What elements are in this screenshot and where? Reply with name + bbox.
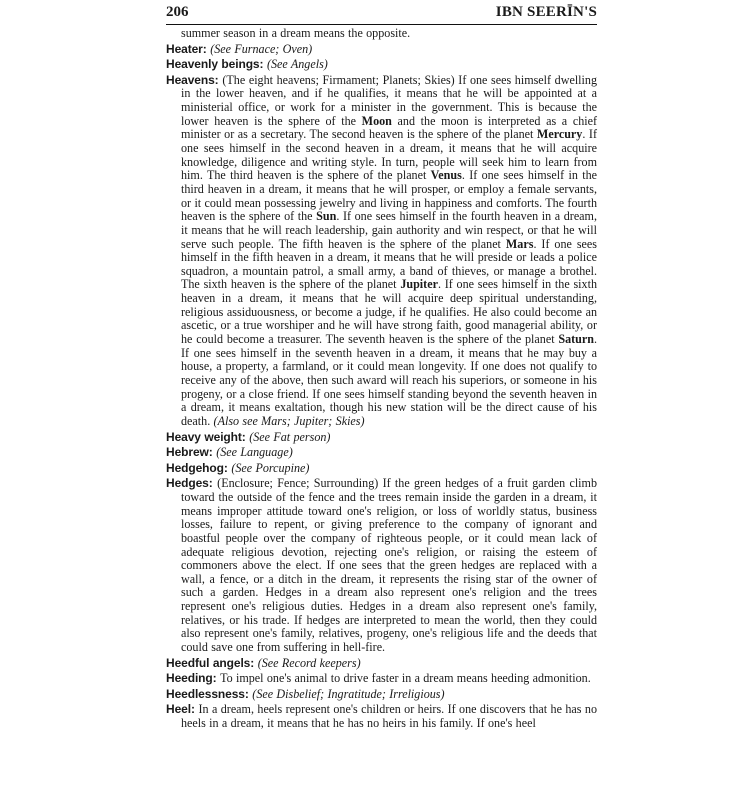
cross-reference: (See Disbelief; Ingratitude; Irreligious… [252,687,444,701]
headword: Heel [166,702,191,716]
cross-reference: (See Language) [216,445,293,459]
headword: Heeding [166,671,213,685]
entry-heedful-angels: Heedful angels: (See Record keepers) [166,657,597,671]
cross-reference: (See Porcupine) [231,461,309,475]
definition-text: To impel one's animal to drive faster in… [220,671,591,685]
definition-text: In a dream, heels represent one's childr… [181,702,597,730]
entry-hedges: Hedges: (Enclosure; Fence; Surrounding) … [166,477,597,655]
emphasis-venus: Venus [431,168,462,182]
book-page: 206 IBN SEERĪN'S summer season in a drea… [166,0,597,24]
headword: Heavenly beings [166,57,260,71]
emphasis-moon: Moon [362,114,392,128]
headword: Hedgehog [166,461,224,475]
cross-reference: (See Record keepers) [258,656,361,670]
dictionary-entries: summer season in a dream means the oppos… [166,27,597,733]
headword: Heedlessness [166,687,245,701]
emphasis-mercury: Mercury [537,127,582,141]
emphasis-mars: Mars [506,237,534,251]
entry-continuation: summer season in a dream means the oppos… [166,27,597,41]
cross-reference: (Also see Mars; Jupiter; Skies) [214,414,365,428]
running-head: 206 IBN SEERĪN'S [166,0,597,24]
entry-heedlessness: Heedlessness: (See Disbelief; Ingratitud… [166,688,597,702]
cross-reference: (See Fat person) [249,430,330,444]
headword: Heavy weight [166,430,242,444]
headword: Hedges [166,476,209,490]
emphasis-jupiter: Jupiter [400,277,438,291]
header-rule [166,24,597,25]
entry-hedgehog: Hedgehog: (See Porcupine) [166,462,597,476]
entry-hebrew: Hebrew: (See Language) [166,446,597,460]
entry-heavy-weight: Heavy weight: (See Fat person) [166,431,597,445]
emphasis-saturn: Saturn [558,332,594,346]
headword: Heavens [166,73,215,87]
entry-heel: Heel: In a dream, heels represent one's … [166,703,597,730]
cross-reference: (See Angels) [267,57,328,71]
continuation-text: summer season in a dream means the oppos… [181,26,410,40]
headword: Hebrew [166,445,209,459]
entry-heeding: Heeding: To impel one's animal to drive … [166,672,597,686]
running-title: IBN SEERĪN'S [496,4,597,21]
cross-reference: (See Furnace; Oven) [210,42,312,56]
headword: Heedful angels [166,656,250,670]
emphasis-sun: Sun [316,209,336,223]
entry-heavens: Heavens: (The eight heavens; Firmament; … [166,74,597,429]
headword: Heater [166,42,203,56]
page-number: 206 [166,4,189,21]
definition-text: (Enclosure; Fence; Surrounding) If the g… [181,476,597,654]
entry-heater: Heater: (See Furnace; Oven) [166,43,597,57]
entry-heavenly-beings: Heavenly beings: (See Angels) [166,58,597,72]
